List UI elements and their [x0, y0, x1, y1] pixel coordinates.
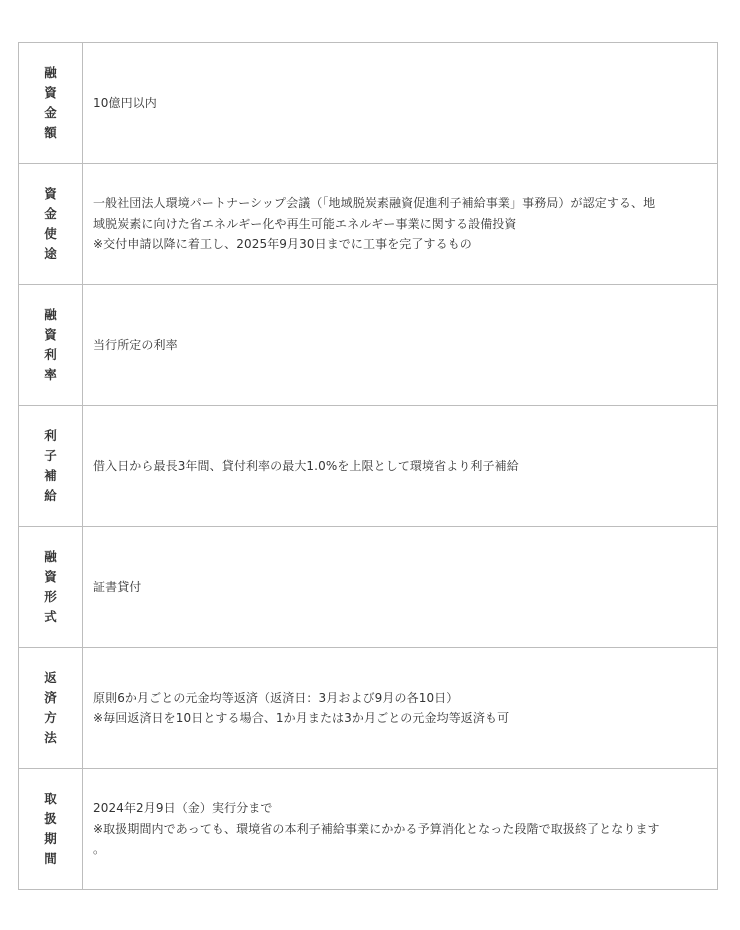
row-label: 融資形式	[44, 547, 58, 627]
row-value-cell: 当行所定の利率	[83, 285, 718, 406]
row-label: 融資金額	[44, 63, 58, 143]
row-value-cell: 証書貸付	[83, 527, 718, 648]
row-value-note: ※取扱期間内であっても、環境省の本利子補給事業にかかる予算消化となった段階で取扱…	[93, 819, 707, 840]
table-row-loan-amount: 融資金額 10億円以内	[19, 43, 718, 164]
row-value-cell: 2024年2月9日（金）実行分まで ※取扱期間内であっても、環境省の本利子補給事…	[83, 769, 718, 890]
row-value-cell: 借入日から最長3年間、貸付利率の最大1.0%を上限として環境省より利子補給	[83, 406, 718, 527]
row-value-cell: 原則6か月ごとの元金均等返済（返済日：3月および9月の各10日） ※毎回返済日を…	[83, 648, 718, 769]
row-label-cell: 返済方法	[19, 648, 83, 769]
row-value-note: ※交付申請以降に着工し、2025年9月30日までに工事を完了するもの	[93, 234, 707, 255]
table-row-fund-use: 資金使途 一般社団法人環境パートナーシップ会議（「地域脱炭素融資促進利子補給事業…	[19, 164, 718, 285]
table-row-repayment-method: 返済方法 原則6か月ごとの元金均等返済（返済日：3月および9月の各10日） ※毎…	[19, 648, 718, 769]
row-label-cell: 融資利率	[19, 285, 83, 406]
table-row-handling-period: 取扱期間 2024年2月9日（金）実行分まで ※取扱期間内であっても、環境省の本…	[19, 769, 718, 890]
row-value-line: 当行所定の利率	[93, 335, 707, 356]
row-label-cell: 融資形式	[19, 527, 83, 648]
row-label: 取扱期間	[44, 789, 58, 869]
loan-spec-table: 融資金額 10億円以内 資金使途 一般社団法人環境パートナーシップ会議（「地域脱…	[18, 42, 718, 890]
row-value-cell: 10億円以内	[83, 43, 718, 164]
row-value-line: 原則6か月ごとの元金均等返済（返済日：3月および9月の各10日）	[93, 688, 707, 709]
row-value-line: 10億円以内	[93, 93, 707, 114]
row-value-line: 2024年2月9日（金）実行分まで	[93, 798, 707, 819]
row-value-line: 域脱炭素に向けた省エネルギー化や再生可能エネルギー事業に関する設備投資	[93, 214, 707, 235]
row-value-line: 借入日から最長3年間、貸付利率の最大1.0%を上限として環境省より利子補給	[93, 456, 707, 477]
row-value-line: 一般社団法人環境パートナーシップ会議（「地域脱炭素融資促進利子補給事業」事務局）…	[93, 193, 707, 214]
table-row-loan-format: 融資形式 証書貸付	[19, 527, 718, 648]
row-value-line: 。	[93, 839, 707, 860]
row-label-cell: 融資金額	[19, 43, 83, 164]
row-label: 資金使途	[44, 184, 58, 264]
row-value-cell: 一般社団法人環境パートナーシップ会議（「地域脱炭素融資促進利子補給事業」事務局）…	[83, 164, 718, 285]
row-value-line: 証書貸付	[93, 577, 707, 598]
row-label: 融資利率	[44, 305, 58, 385]
row-label-cell: 利子補給	[19, 406, 83, 527]
row-label-cell: 資金使途	[19, 164, 83, 285]
row-label-cell: 取扱期間	[19, 769, 83, 890]
row-value-note: ※毎回返済日を10日とする場合、1か月または3か月ごとの元金均等返済も可	[93, 708, 707, 729]
table-row-interest-rate: 融資利率 当行所定の利率	[19, 285, 718, 406]
row-label: 返済方法	[44, 668, 58, 748]
table-row-interest-subsidy: 利子補給 借入日から最長3年間、貸付利率の最大1.0%を上限として環境省より利子…	[19, 406, 718, 527]
row-label: 利子補給	[44, 426, 58, 506]
